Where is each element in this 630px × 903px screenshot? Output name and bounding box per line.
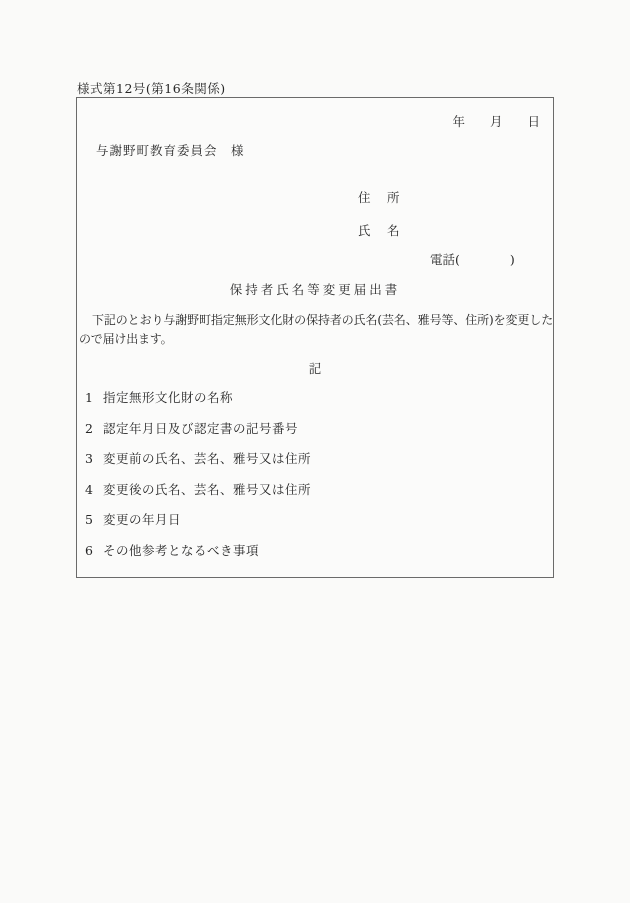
list-item: 5変更の年月日 — [85, 510, 545, 541]
list-item: 1指定無形文化財の名称 — [85, 388, 545, 419]
document-page: 様式第12号(第16条関係) 年 月 日 与謝野町教育委員会 様 住 所 氏 名… — [0, 0, 630, 903]
list-item-number: 3 — [85, 451, 103, 466]
list-item-number: 4 — [85, 482, 103, 497]
addressee-line: 与謝野町教育委員会 様 — [96, 141, 245, 159]
list-item-text: 認定年月日及び認定書の記号番号 — [103, 421, 298, 436]
form-border-box: 年 月 日 与謝野町教育委員会 様 住 所 氏 名 電話( ) 保持者氏名等変更… — [76, 97, 554, 578]
list-item: 4変更後の氏名、芸名、雅号又は住所 — [85, 480, 545, 511]
name-field-label: 氏 名 — [358, 221, 402, 239]
document-title: 保持者氏名等変更届出書 — [77, 280, 553, 298]
list-item-number: 1 — [85, 390, 103, 405]
list-item: 6その他参考となるべき事項 — [85, 541, 545, 572]
list-item-text: 変更後の氏名、芸名、雅号又は住所 — [103, 482, 311, 497]
list-item-text: 変更前の氏名、芸名、雅号又は住所 — [103, 451, 311, 466]
body-paragraph: 下記のとおり与謝野町指定無形文化財の保持者の氏名(芸名、雅号等、住所)を変更した… — [79, 311, 553, 349]
address-field-label: 住 所 — [358, 188, 402, 206]
list-item: 3変更前の氏名、芸名、雅号又は住所 — [85, 449, 545, 480]
list-item-text: 指定無形文化財の名称 — [103, 390, 233, 405]
item-list: 1指定無形文化財の名称 2認定年月日及び認定書の記号番号 3変更前の氏名、芸名、… — [85, 388, 545, 571]
phone-field-label: 電話( ) — [430, 250, 515, 268]
list-item-text: 変更の年月日 — [103, 512, 181, 527]
list-item-number: 6 — [85, 543, 103, 558]
list-item-number: 2 — [85, 421, 103, 436]
list-item-text: その他参考となるべき事項 — [103, 543, 259, 558]
record-heading: 記 — [77, 359, 553, 377]
list-item-number: 5 — [85, 512, 103, 527]
form-number-label: 様式第12号(第16条関係) — [77, 79, 226, 97]
list-item: 2認定年月日及び認定書の記号番号 — [85, 419, 545, 450]
date-line: 年 月 日 — [452, 112, 540, 130]
